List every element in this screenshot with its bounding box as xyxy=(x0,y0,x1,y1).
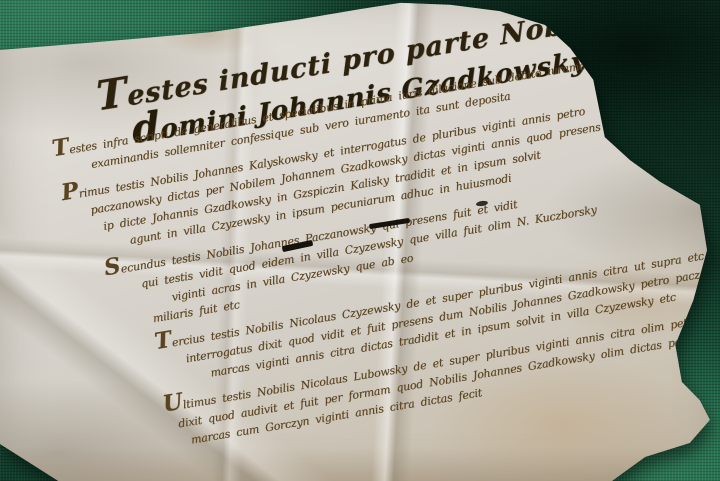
parchment-shadow-wrap: Testes inducti pro parte Nobilis domini … xyxy=(0,0,720,481)
manuscript-photo: Testes inducti pro parte Nobilis domini … xyxy=(0,0,720,481)
parchment-sheet: Testes inducti pro parte Nobilis domini … xyxy=(0,0,720,481)
